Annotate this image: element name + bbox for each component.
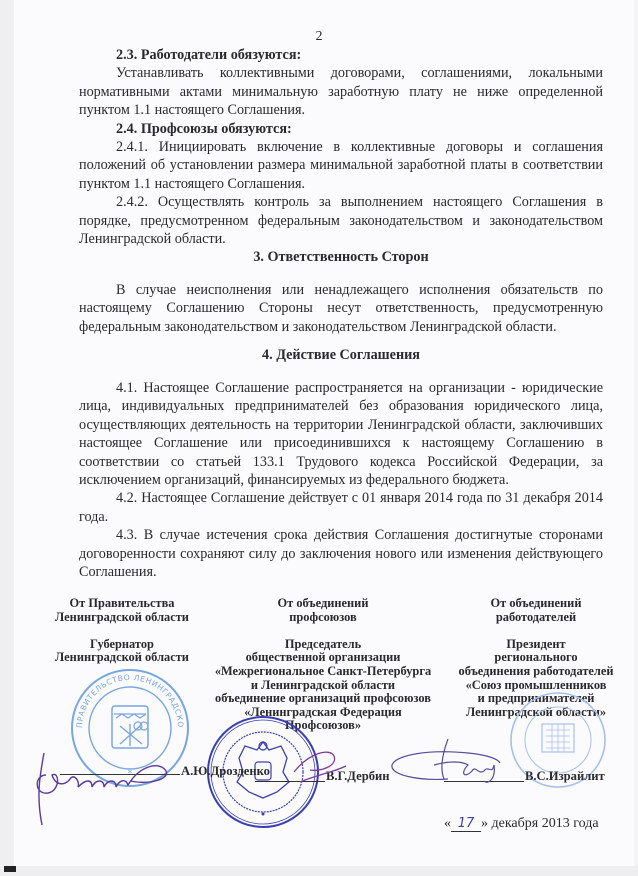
section-2-3-heading: 2.3. Работодатели обязуются: bbox=[79, 46, 603, 64]
section-2-3-text: Устанавливать коллективными договорами, … bbox=[79, 64, 603, 119]
title-line: и Ленинградской области bbox=[198, 679, 448, 693]
date-month-year: » декабря 2013 года bbox=[481, 816, 599, 831]
title-line: Губернатор bbox=[30, 638, 214, 652]
signatory-name-izrailit: В.С.Израйлит bbox=[525, 769, 605, 784]
section-4-2: 4.2. Настоящее Соглашение действует с 01… bbox=[79, 489, 603, 526]
signatory-name-drozdenko: А.Ю.Дрозденко bbox=[181, 764, 270, 779]
title-line: общественной организации bbox=[198, 651, 448, 665]
title-line: объединения работодателей bbox=[444, 665, 628, 679]
signature-derbin-icon bbox=[290, 742, 350, 792]
title-line: объединение организаций профсоюзов bbox=[198, 692, 448, 706]
section-3: В случае неисполнения или ненадлежащего … bbox=[79, 281, 603, 336]
party-line1: От Правительства bbox=[30, 597, 214, 611]
date-day-handwritten: 17 bbox=[451, 816, 481, 832]
title-line: «Межрегиональное Санкт-Петербурга bbox=[198, 665, 448, 679]
section-2-4-1: 2.4.1. Инициировать включение в коллекти… bbox=[79, 138, 603, 193]
scan-bottom-edge bbox=[0, 866, 638, 876]
party-line2: работодателей bbox=[444, 611, 628, 625]
section-3-text: В случае неисполнения или ненадлежащего … bbox=[79, 281, 603, 336]
title-line: Председатель bbox=[198, 638, 448, 652]
signature-drozdenko-icon bbox=[30, 745, 180, 825]
title-line: регионального bbox=[444, 651, 628, 665]
signatory-government: От Правительства Ленинградской области Г… bbox=[30, 597, 214, 665]
party-line2: Ленинградской области bbox=[30, 611, 214, 625]
signatory-trade-unions: От объединений профсоюзов Председатель о… bbox=[198, 597, 448, 733]
signing-date: «17» декабря 2013 года bbox=[444, 816, 599, 832]
party-line1: От объединений bbox=[444, 597, 628, 611]
party-line1: От объединений bbox=[198, 597, 448, 611]
section-2-4-2: 2.4.2. Осуществлять контроль за выполнен… bbox=[79, 193, 603, 248]
date-open-quote: « bbox=[444, 816, 451, 831]
section-3-heading: 3. Ответственность Сторон bbox=[79, 249, 603, 266]
scan-left-edge bbox=[0, 0, 14, 876]
section-4: 4.1. Настоящее Соглашение распространяет… bbox=[79, 379, 603, 581]
party-line2: профсоюзов bbox=[198, 611, 448, 625]
scan-corner-mark bbox=[4, 866, 16, 872]
section-2-4-heading: 2.4. Профсоюзы обязуются: bbox=[79, 120, 603, 138]
section-4-1: 4.1. Настоящее Соглашение распространяет… bbox=[79, 379, 603, 489]
title-line: Ленинградской области bbox=[30, 651, 214, 665]
section-2-3: 2.3. Работодатели обязуются: Устанавлива… bbox=[79, 46, 603, 248]
section-4-3: 4.3. В случае истечения срока действия С… bbox=[79, 526, 603, 581]
section-4-heading: 4. Действие Соглашения bbox=[79, 347, 603, 364]
title-line: Президент bbox=[444, 638, 628, 652]
page-number: 2 bbox=[0, 29, 638, 45]
signature-izrailit-icon bbox=[388, 735, 528, 785]
